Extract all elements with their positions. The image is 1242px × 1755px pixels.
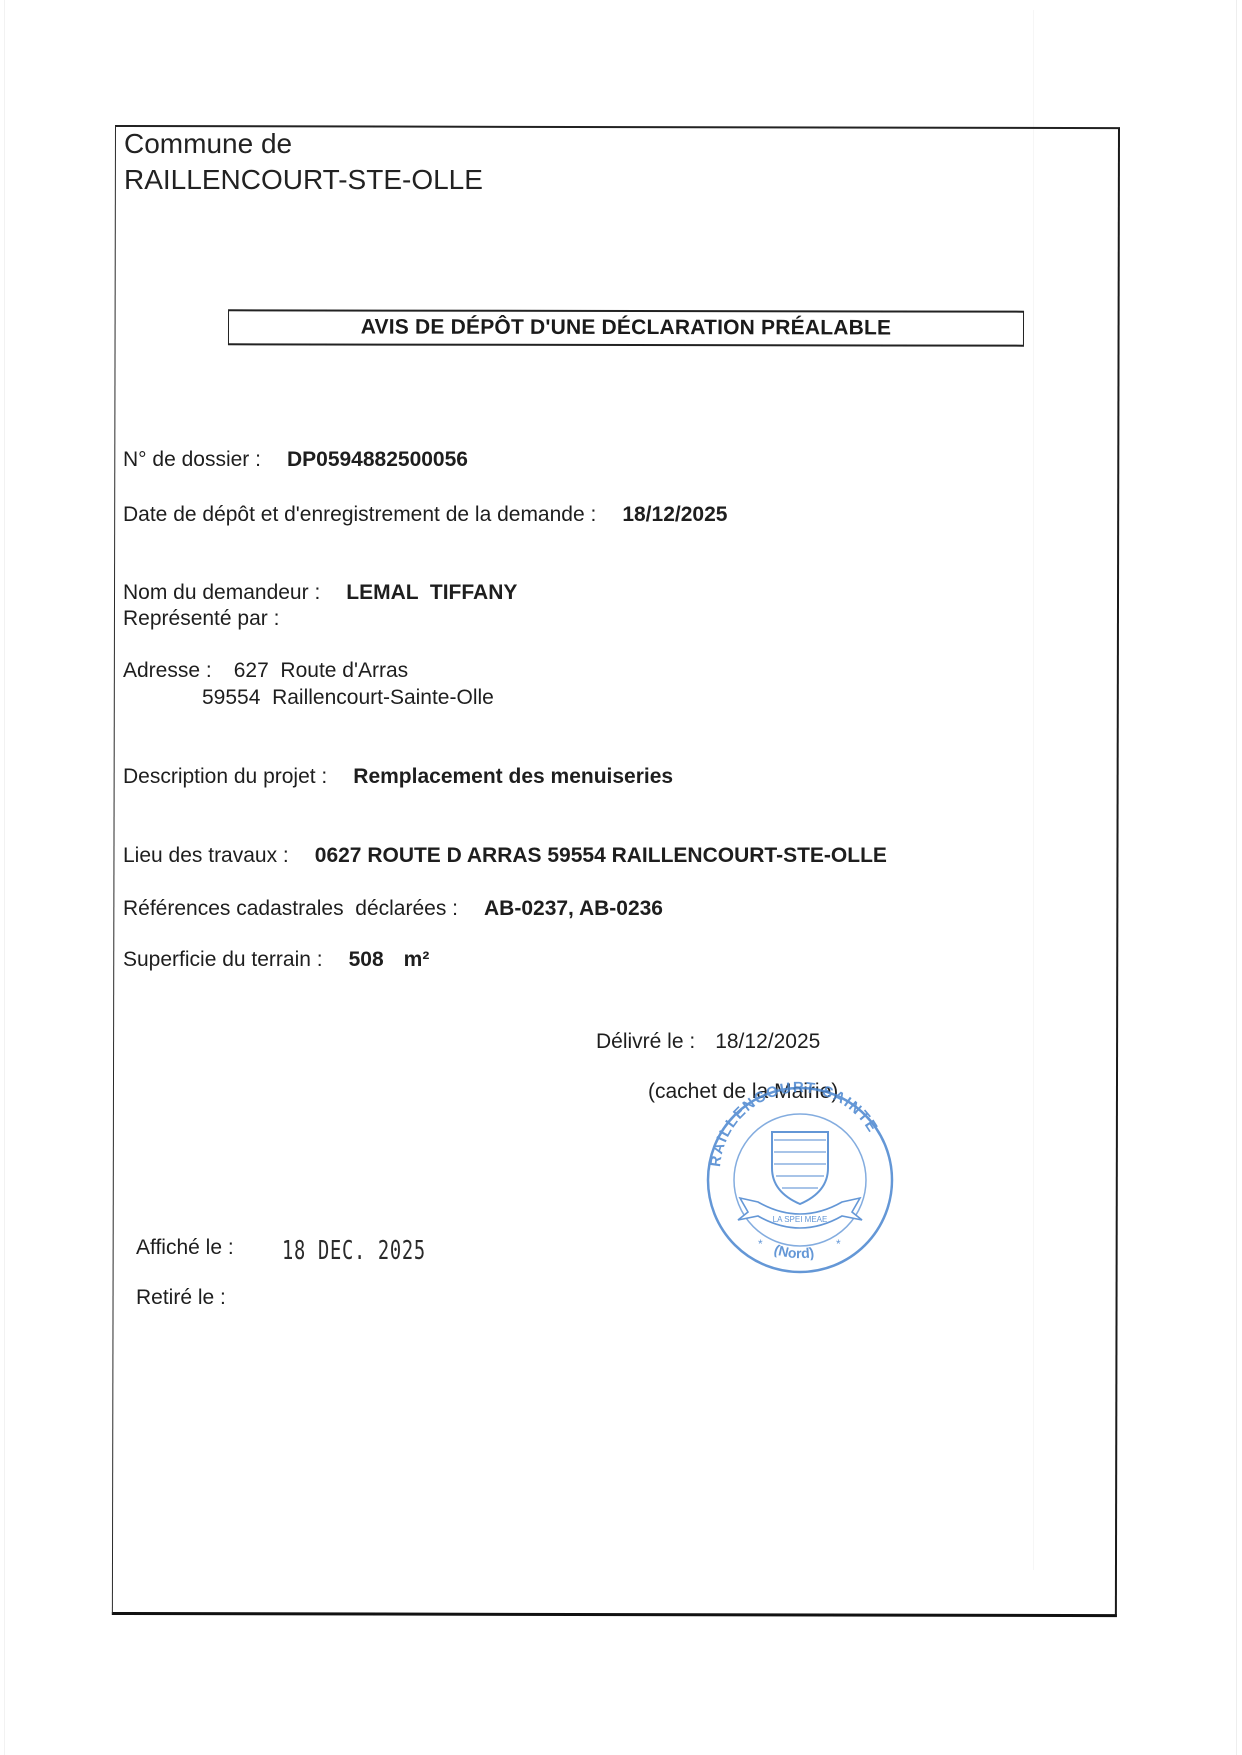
svg-text:(Nord): (Nord) — [772, 1241, 815, 1261]
svg-text:RAILLENCOURT-SAINTE: RAILLENCOURT-SAINTE — [707, 1080, 881, 1168]
field-cadastre: Références cadastrales déclarées :AB-023… — [123, 896, 663, 922]
adresse-line2: 59554 Raillencourt-Sainte-Olle — [202, 685, 494, 711]
demandeur-value: LEMAL TIFFANY — [346, 581, 517, 604]
retire-label: Retiré le : — [136, 1286, 226, 1310]
field-date-depot: Date de dépôt et d'enregistrement de la … — [123, 502, 727, 528]
scan-edge — [4, 0, 5, 1755]
document-title-box: AVIS DE DÉPÔT D'UNE DÉCLARATION PRÉALABL… — [228, 309, 1024, 346]
cadastre-label: Références cadastrales déclarées : — [123, 897, 458, 920]
svg-text:*: * — [836, 1237, 841, 1251]
lieu-value: 0627 ROUTE D ARRAS 59554 RAILLENCOURT-ST… — [315, 844, 887, 867]
field-represente: Représenté par : — [123, 606, 279, 632]
field-demandeur: Nom du demandeur :LEMAL TIFFANY — [123, 580, 517, 606]
field-lieu: Lieu des travaux :0627 ROUTE D ARRAS 595… — [123, 843, 887, 869]
lieu-label: Lieu des travaux : — [123, 844, 289, 867]
delivery-label: Délivré le : — [596, 1030, 695, 1053]
field-dossier: N° de dossier :DP0594882500056 — [123, 447, 468, 473]
commune-name: RAILLENCOURT-STE-OLLE — [124, 162, 483, 198]
svg-text:*: * — [758, 1237, 763, 1251]
seal-ring-bottom: (Nord) — [772, 1241, 815, 1261]
seal-motto: LA SPEI MEAE — [773, 1215, 828, 1224]
seal-ring-text: RAILLENCOURT-SAINTE — [707, 1080, 881, 1168]
date-depot-label: Date de dépôt et d'enregistrement de la … — [123, 503, 596, 526]
scan-edge — [1236, 0, 1237, 1755]
delivery-line: Délivré le :18/12/2025 — [596, 1030, 820, 1054]
dossier-label: N° de dossier : — [123, 448, 261, 471]
adresse-line1: 627 Route d'Arras — [234, 659, 408, 682]
dossier-value: DP0594882500056 — [287, 448, 468, 471]
description-label: Description du projet : — [123, 765, 327, 788]
superficie-label: Superficie du terrain : — [123, 948, 323, 971]
town-hall-seal-icon: RAILLENCOURT-SAINTE (Nord) LA SPEI MEAE … — [700, 1080, 900, 1280]
adresse-label: Adresse : — [123, 659, 212, 682]
field-description: Description du projet :Remplacement des … — [123, 764, 673, 790]
superficie-value: 508 — [349, 948, 384, 971]
delivery-date: 18/12/2025 — [715, 1030, 820, 1053]
field-adresse: Adresse :627 Route d'Arras — [123, 658, 408, 684]
demandeur-label: Nom du demandeur : — [123, 581, 320, 604]
cadastre-value: AB-0237, AB-0236 — [484, 897, 663, 920]
document-title: AVIS DE DÉPÔT D'UNE DÉCLARATION PRÉALABL… — [229, 315, 1023, 340]
field-superficie: Superficie du terrain :508m² — [123, 947, 429, 973]
description-value: Remplacement des menuiseries — [353, 765, 673, 788]
affiche-label: Affiché le : — [136, 1236, 234, 1260]
affiche-date-stamp: 18 DEC. 2025 — [282, 1236, 426, 1266]
document-frame — [112, 125, 1120, 1617]
commune-label: Commune de — [124, 126, 292, 162]
superficie-unit: m² — [404, 948, 430, 971]
date-depot-value: 18/12/2025 — [622, 503, 727, 526]
represente-label: Représenté par : — [123, 607, 279, 630]
